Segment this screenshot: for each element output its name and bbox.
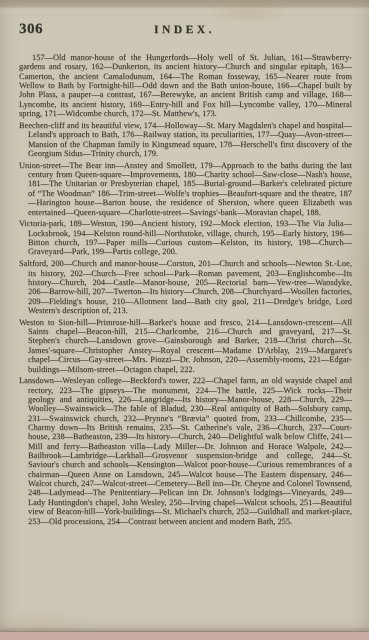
index-text-block: 157—Old manor-house of the Hungerfords—H… — [19, 53, 352, 526]
page-header: 306 INDEX. — [0, 21, 369, 39]
index-paragraph-3: Union-street—The Bear inn—Anstey and Smo… — [19, 161, 352, 217]
page-bottom-edge — [0, 631, 369, 640]
book-page-photo: 306 INDEX. 157—Old manor-house of the Hu… — [0, 0, 369, 640]
index-paragraph-6: Weston to Sion-hill—Primrose-hill—Barker… — [19, 318, 352, 374]
index-paragraph-2: Beechen-cliff and its beautiful view, 17… — [19, 121, 352, 158]
page-number: 306 — [19, 21, 43, 38]
index-paragraph-5: Saltford, 200—Church and manor-house—Cor… — [19, 259, 352, 315]
index-paragraph-7: Lansdown—Wesleyan college—Beckford's tow… — [19, 376, 352, 526]
index-paragraph-4: Victoria-park, 189—Weston, 190—Ancient h… — [19, 219, 352, 256]
index-paragraph-1: 157—Old manor-house of the Hungerfords—H… — [19, 53, 352, 118]
page-title: INDEX. — [0, 21, 369, 36]
